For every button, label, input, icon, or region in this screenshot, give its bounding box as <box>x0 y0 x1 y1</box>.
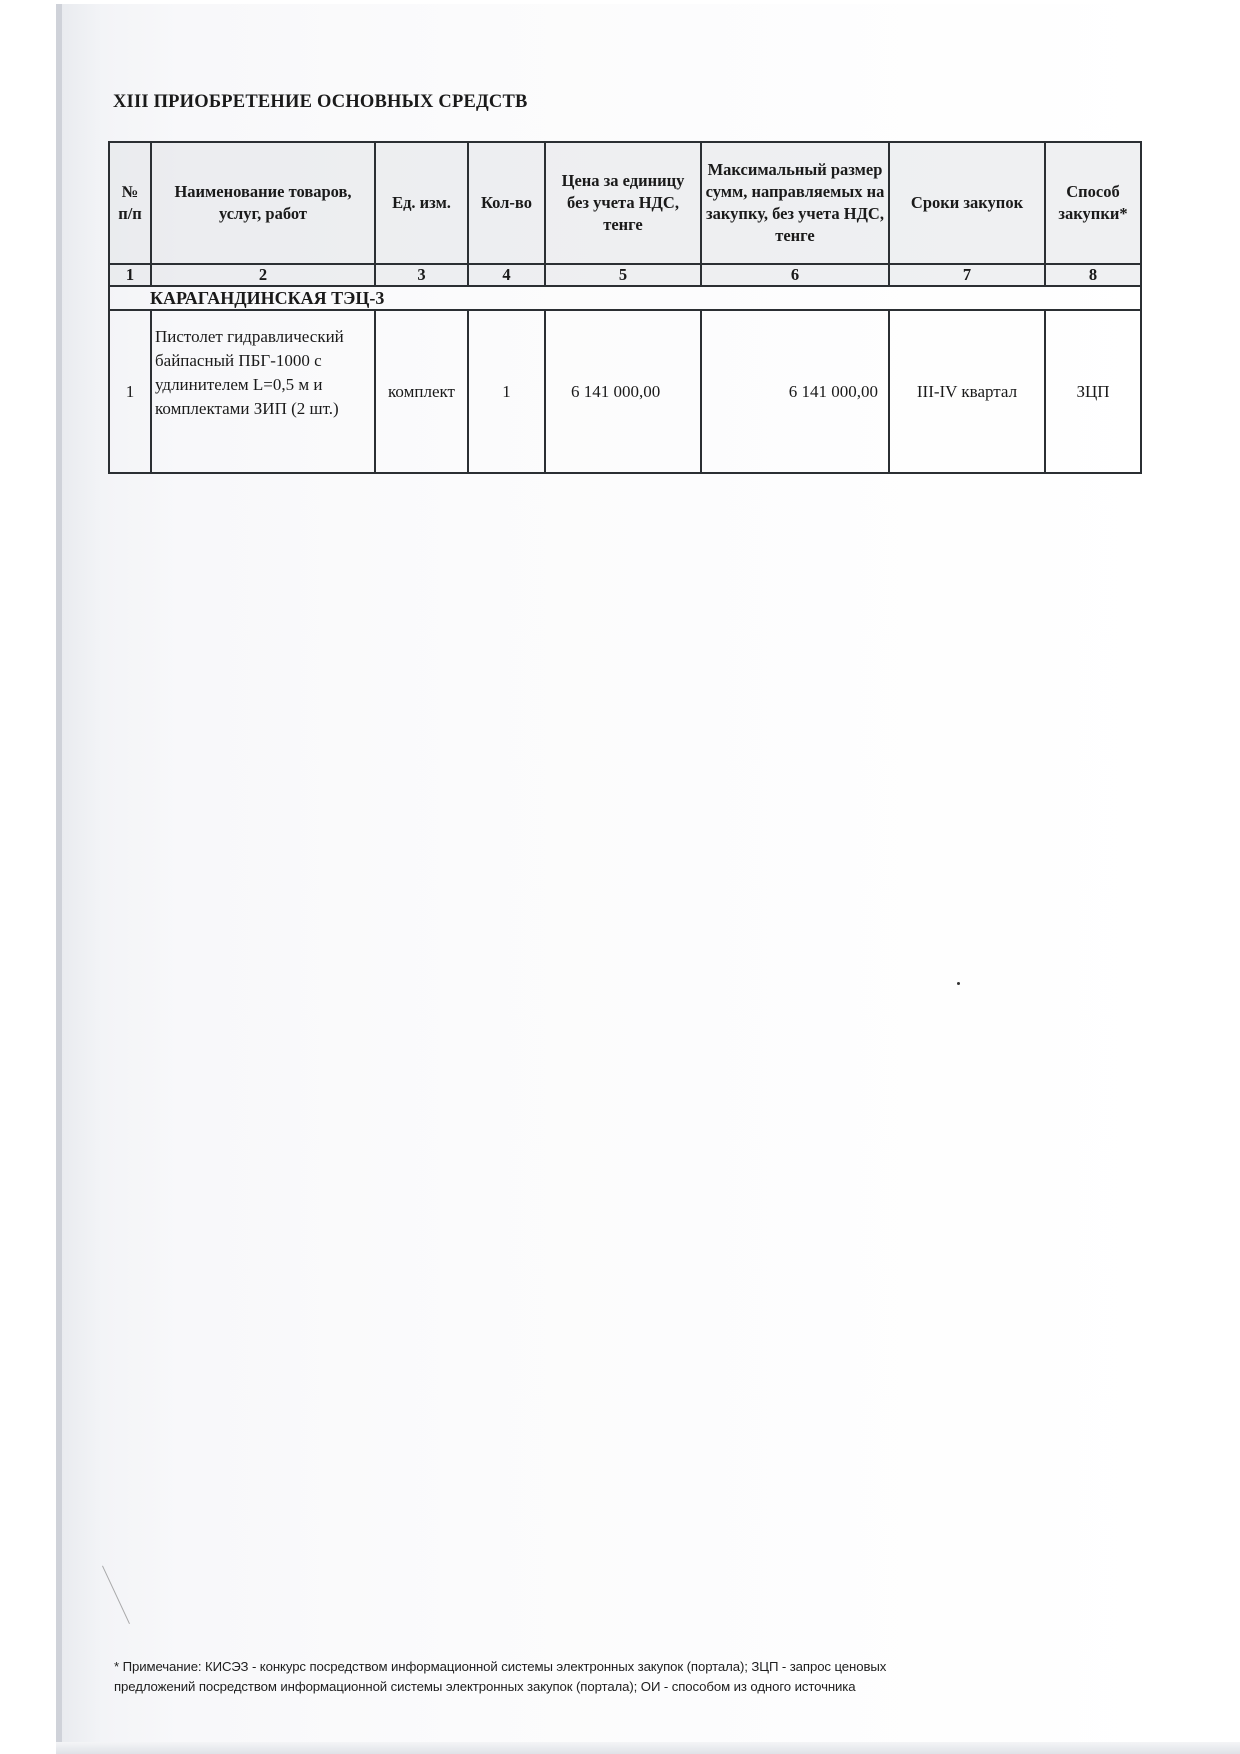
column-number: 4 <box>468 264 545 286</box>
row-name: Пистолет гидравлический байпасный ПБГ-10… <box>151 310 375 473</box>
footnote-line-2: предложений посредством информационной с… <box>114 1677 1074 1697</box>
header-num: № п/п <box>109 142 151 264</box>
header-unit-price: Цена за единицу без учета НДС, тенге <box>545 142 701 264</box>
scan-artifact-speck <box>957 982 960 985</box>
page-bottom-edge <box>56 1742 1240 1754</box>
group-label: КАРАГАНДИНСКАЯ ТЭЦ-3 <box>109 286 1141 310</box>
header-qty: Кол-во <box>468 142 545 264</box>
header-max-amount: Максимальный размер сумм, направляемых н… <box>701 142 889 264</box>
column-number: 6 <box>701 264 889 286</box>
table-row: 1 Пистолет гидравлический байпасный ПБГ-… <box>109 310 1141 473</box>
column-number: 7 <box>889 264 1045 286</box>
row-unit-price: 6 141 000,00 <box>545 310 701 473</box>
column-number: 3 <box>375 264 468 286</box>
footnote: * Примечание: КИСЭЗ - конкурс посредство… <box>114 1657 1074 1697</box>
header-name: Наименование товаров, услуг, работ <box>151 142 375 264</box>
column-number: 5 <box>545 264 701 286</box>
column-number-row: 1 2 3 4 5 6 7 8 <box>109 264 1141 286</box>
column-number: 8 <box>1045 264 1141 286</box>
row-method: ЗЦП <box>1045 310 1141 473</box>
row-unit: комплект <box>375 310 468 473</box>
row-qty: 1 <box>468 310 545 473</box>
row-max-amount: 6 141 000,00 <box>701 310 889 473</box>
row-period: III-IV квартал <box>889 310 1045 473</box>
section-title: XIII ПРИОБРЕТЕНИЕ ОСНОВНЫХ СРЕДСТВ <box>113 92 528 113</box>
procurement-table: № п/п Наименование товаров, услуг, работ… <box>108 141 1142 474</box>
header-method: Способ закупки* <box>1045 142 1141 264</box>
row-num: 1 <box>109 310 151 473</box>
header-unit: Ед. изм. <box>375 142 468 264</box>
header-period: Сроки закупок <box>889 142 1045 264</box>
table-header-row: № п/п Наименование товаров, услуг, работ… <box>109 142 1141 264</box>
column-number: 2 <box>151 264 375 286</box>
group-row: КАРАГАНДИНСКАЯ ТЭЦ-3 <box>109 286 1141 310</box>
footnote-line-1: * Примечание: КИСЭЗ - конкурс посредство… <box>114 1657 1074 1677</box>
column-number: 1 <box>109 264 151 286</box>
